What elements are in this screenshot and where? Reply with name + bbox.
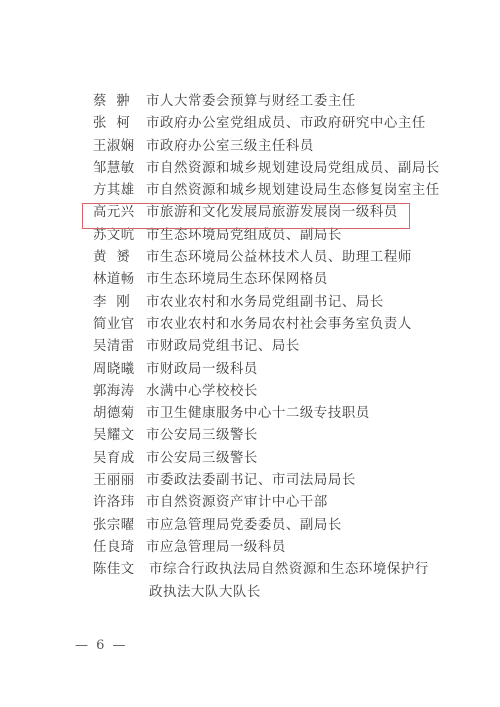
person-name: 陈佳文 xyxy=(93,559,145,581)
person-name: 张宗曜 xyxy=(93,515,145,537)
person-name: 李 刚 xyxy=(93,292,145,314)
person-name: 胡德菊 xyxy=(93,403,145,425)
person-title: 市应急管理局党委委员、副局长 xyxy=(146,515,342,537)
person-title: 市财政局一级科员 xyxy=(146,359,258,381)
person-name: 吴耀文 xyxy=(93,425,145,447)
person-title: 市自然资源和城乡规划建设局党组成员、副局长 xyxy=(146,158,440,180)
person-title: 市公安局三级警长 xyxy=(146,425,258,447)
person-title: 市自然资源和城乡规划建设局生态修复岗室主任 xyxy=(146,180,440,202)
person-title: 水满中心学校校长 xyxy=(146,381,258,403)
person-name: 王丽丽 xyxy=(93,470,145,492)
person-title: 市农业农村和水务局农村社会事务室负责人 xyxy=(146,314,412,336)
highlight-box xyxy=(82,203,410,229)
person-title: 市人大常委会预算与财经工委主任 xyxy=(146,91,356,113)
person-name: 周晓曦 xyxy=(93,359,145,381)
person-name: 许洛玮 xyxy=(93,492,145,514)
person-title: 市生态环境局生态环保网格员 xyxy=(146,269,328,291)
person-title: 市农业农村和水务局党组副书记、局长 xyxy=(146,292,384,314)
person-title: 市卫生健康服务中心十二级专技职员 xyxy=(146,403,370,425)
person-title: 市委政法委副书记、市司法局局长 xyxy=(146,470,356,492)
person-name: 林道畅 xyxy=(93,269,145,291)
person-title: 市公安局三级警长 xyxy=(146,448,258,470)
person-title: 市应急管理局一级科员 xyxy=(146,537,286,559)
person-name: 吴育成 xyxy=(93,448,145,470)
person-title: 市财政局党组书记、局长 xyxy=(146,336,300,358)
person-name: 蔡 翀 xyxy=(93,91,145,113)
person-name: 吴清雷 xyxy=(93,336,145,358)
person-title: 市政府办公室党组成员、市政府研究中心主任 xyxy=(146,113,426,135)
person-name: 方其雄 xyxy=(93,180,145,202)
person-name: 任良琦 xyxy=(93,537,145,559)
person-name: 简业官 xyxy=(93,314,145,336)
person-name: 邹慧敏 xyxy=(93,158,145,180)
person-name: 张 柯 xyxy=(93,113,145,135)
person-title: 市政府办公室三级主任科员 xyxy=(146,136,314,158)
person-title: 市综合行政执法局自然资源和生态环境保护行政执法大队大队长 xyxy=(149,559,429,604)
page-number: — 6 — xyxy=(75,638,128,653)
person-name: 黄 赟 xyxy=(93,247,145,269)
person-name: 郭海涛 xyxy=(93,381,145,403)
person-name: 王淑娴 xyxy=(93,136,145,158)
person-title: 市自然资源资产审计中心干部 xyxy=(146,492,328,514)
person-title: 市生态环境局公益林技术人员、助理工程师 xyxy=(146,247,412,269)
